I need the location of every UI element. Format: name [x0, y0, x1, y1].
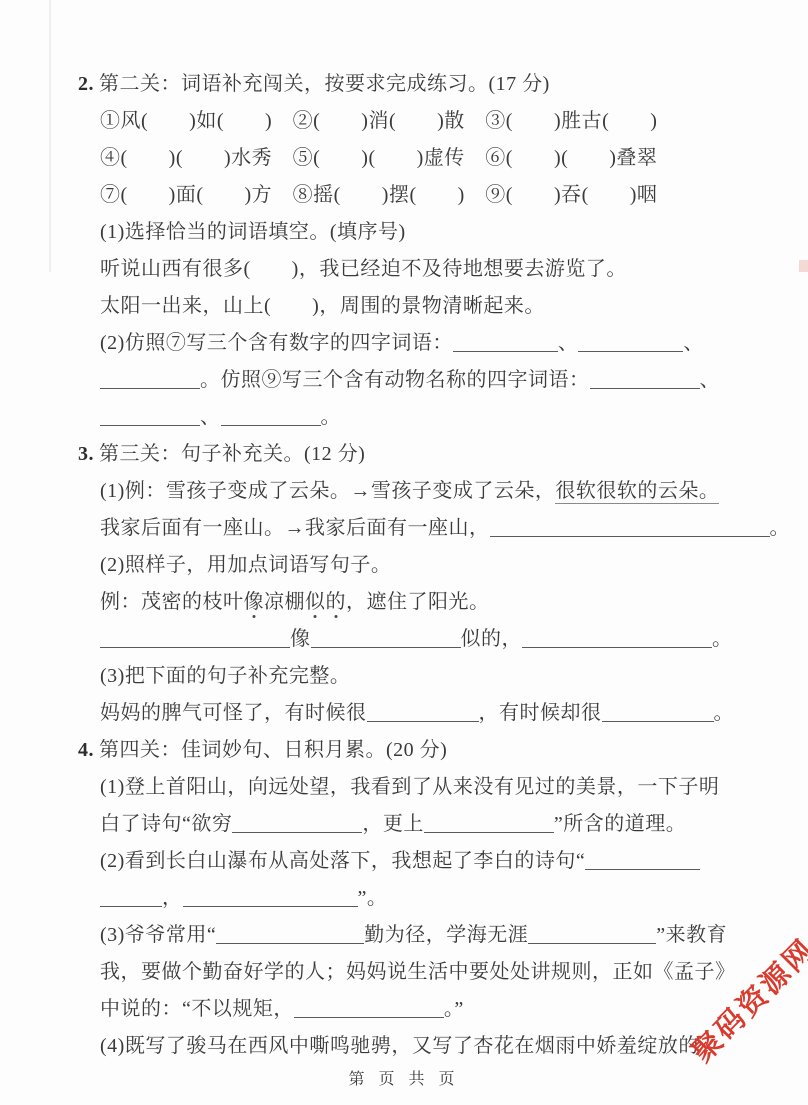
answer-blank [311, 625, 461, 648]
text-run: 例：茂密的枝叶 [100, 591, 244, 613]
text-run: ，有时候却很 [479, 702, 602, 724]
section-title: 3.第三关：句子补充关。(12 分) [0, 436, 808, 473]
text-run: 、 [700, 369, 721, 391]
text-run: (2)仿照⑦写三个含有数字的四字词语： [100, 332, 453, 354]
exam-line: (3)把下面的句子补充完整。 [0, 658, 808, 695]
text-run: 。仿照⑨写三个含有动物名称的四字词语： [200, 369, 590, 391]
section-number: 3. [78, 443, 94, 465]
text-run: 像 [290, 628, 311, 650]
text-run: 、 [200, 406, 221, 428]
text-run: (1)例：雪孩子变成了云朵。→雪孩子变成了云朵， [100, 480, 555, 502]
section-number: 4. [78, 739, 94, 761]
answer-blank [221, 403, 321, 426]
answer-blank [585, 847, 700, 870]
text-run: 妈妈的脾气可怪了，有时候很 [100, 702, 367, 724]
text-run: ①风( )如( ) ②( )消( )散 ③( )胜古( ) [100, 110, 657, 132]
answer-blank [232, 810, 362, 833]
text-run: (3)爷爷常用“ [100, 924, 216, 946]
exam-content: 2.第二关：词语补充闯关，按要求完成练习。(17 分)①风( )如( ) ②( … [0, 66, 808, 1065]
answer-blank [100, 625, 290, 648]
text-run: 听说山西有很多( )，我已经迫不及待地想要去游览了。 [100, 258, 627, 280]
text-run: 我，要做个勤奋好学的人；妈妈说生活中要处处讲规则，正如《孟子》 [100, 961, 736, 983]
answer-blank [602, 699, 714, 722]
text-run: 第三关：句子补充关。(12 分) [99, 443, 365, 465]
text-run: 中说的：“不以规矩， [100, 998, 294, 1020]
exam-line: 太阳一出来，山上( )，周围的景物清晰起来。 [0, 288, 808, 325]
section-title: 4.第四关：佳词妙句、日积月累。(20 分) [0, 732, 808, 769]
text-run: 、 [558, 332, 579, 354]
text-run: ，更上 [362, 813, 424, 835]
exam-line: (2)仿照⑦写三个含有数字的四字词语：、、 [0, 325, 808, 362]
answer-blank [528, 921, 656, 944]
exam-line: 我家后面有一座山。→我家后面有一座山，。 [0, 510, 808, 547]
text-run: 勤为径，学海无涯 [364, 924, 528, 946]
text-run: 。 [712, 628, 733, 650]
answer-blank [453, 329, 558, 352]
text-run: 。” [444, 998, 464, 1020]
exam-line: ，”。 [0, 880, 808, 917]
answer-blank [367, 699, 479, 722]
answer-blank [216, 921, 364, 944]
text-run: ”所含的道理。 [554, 813, 686, 835]
section-number: 2. [78, 73, 94, 95]
text-run: ，遮住了阳光。 [346, 591, 490, 613]
text-run: (2)看到长白山瀑布从高处落下，我想起了李白的诗句“ [100, 850, 585, 872]
exam-line: (3)爷爷常用“勤为径，学海无涯”来教育 [0, 917, 808, 954]
text-run: ⑦( )面( )方 ⑧摇( )摆( ) ⑨( )吞( )咽 [100, 184, 657, 206]
emphasis-dot-char: 像 [244, 584, 265, 621]
text-run: 第二关：词语补充闯关，按要求完成练习。(17 分) [99, 73, 550, 95]
text-run: (1)选择恰当的词语填空。(填序号) [100, 221, 406, 243]
exam-line: 。仿照⑨写三个含有动物名称的四字词语：、 [0, 362, 808, 399]
emphasis-dot-char: 的 [326, 584, 347, 621]
section-title: 2.第二关：词语补充闯关，按要求完成练习。(17 分) [0, 66, 808, 103]
text-run: (1)登上首阳山，向远处望，我看到了从来没有见过的美景，一下子明 [100, 776, 719, 798]
exam-line: (1)登上首阳山，向远处望，我看到了从来没有见过的美景，一下子明 [0, 769, 808, 806]
answer-blank [100, 884, 162, 907]
answer-blank [100, 366, 200, 389]
exam-line: (1)例：雪孩子变成了云朵。→雪孩子变成了云朵，很软很软的云朵。 [0, 473, 808, 510]
exam-line: ⑦( )面( )方 ⑧摇( )摆( ) ⑨( )吞( )咽 [0, 177, 808, 214]
answer-blank [522, 625, 712, 648]
text-run: (3)把下面的句子补充完整。 [100, 665, 350, 687]
text-run: 似的， [461, 628, 523, 650]
exam-page: 2.第二关：词语补充闯关，按要求完成练习。(17 分)①风( )如( ) ②( … [0, 0, 808, 1105]
exam-line: 、。 [0, 399, 808, 436]
text-run: 。 [714, 702, 735, 724]
exam-line: 中说的：“不以规矩，。” [0, 991, 808, 1028]
text-run: 。 [321, 406, 342, 428]
text-run: 太阳一出来，山上( )，周围的景物清晰起来。 [100, 295, 545, 317]
text-run: (4)既写了骏马在西风中嘶鸣驰骋，又写了杏花在烟雨中娇羞绽放的 [100, 1035, 699, 1057]
text-run: ， [162, 887, 183, 909]
exam-line: 例：茂密的枝叶像凉棚似的，遮住了阳光。 [0, 584, 808, 621]
answer-blank [578, 329, 683, 352]
exam-line: 妈妈的脾气可怪了，有时候很，有时候却很。 [0, 695, 808, 732]
exam-line: 白了诗句“欲穷，更上”所含的道理。 [0, 806, 808, 843]
text-run: ”来教育 [656, 924, 727, 946]
text-run: 。 [770, 517, 791, 539]
answer-blank [590, 366, 700, 389]
exam-line: 像似的，。 [0, 621, 808, 658]
text-run: 我家后面有一座山。→我家后面有一座山， [100, 517, 490, 539]
answer-blank [490, 514, 770, 537]
underlined-answer: 很软很软的云朵。 [555, 480, 719, 504]
answer-blank [424, 810, 554, 833]
answer-blank [100, 403, 200, 426]
emphasis-dot-char: 似 [305, 584, 326, 621]
text-run: 凉棚 [264, 591, 305, 613]
text-run: 第四关：佳词妙句、日积月累。(20 分) [99, 739, 447, 761]
answer-blank [183, 884, 358, 907]
exam-line: ①风( )如( ) ②( )消( )散 ③( )胜古( ) [0, 103, 808, 140]
page-footer: 第 页 共 页 [0, 1066, 808, 1089]
answer-blank [294, 995, 444, 1018]
exam-line: (2)看到长白山瀑布从高处落下，我想起了李白的诗句“ [0, 843, 808, 880]
exam-line: (1)选择恰当的词语填空。(填序号) [0, 214, 808, 251]
exam-line: 我，要做个勤奋好学的人；妈妈说生活中要处处讲规则，正如《孟子》 [0, 954, 808, 991]
exam-line: 听说山西有很多( )，我已经迫不及待地想要去游览了。 [0, 251, 808, 288]
text-run: ”。 [358, 887, 388, 909]
text-run: 、 [683, 332, 704, 354]
text-run: 白了诗句“欲穷 [100, 813, 232, 835]
exam-line: ④( )( )水秀 ⑤( )( )虚传 ⑥( )( )叠翠 [0, 140, 808, 177]
exam-line: (2)照样子，用加点词语写句子。 [0, 547, 808, 584]
text-run: (2)照样子，用加点词语写句子。 [100, 554, 391, 576]
text-run: ④( )( )水秀 ⑤( )( )虚传 ⑥( )( )叠翠 [100, 147, 657, 169]
